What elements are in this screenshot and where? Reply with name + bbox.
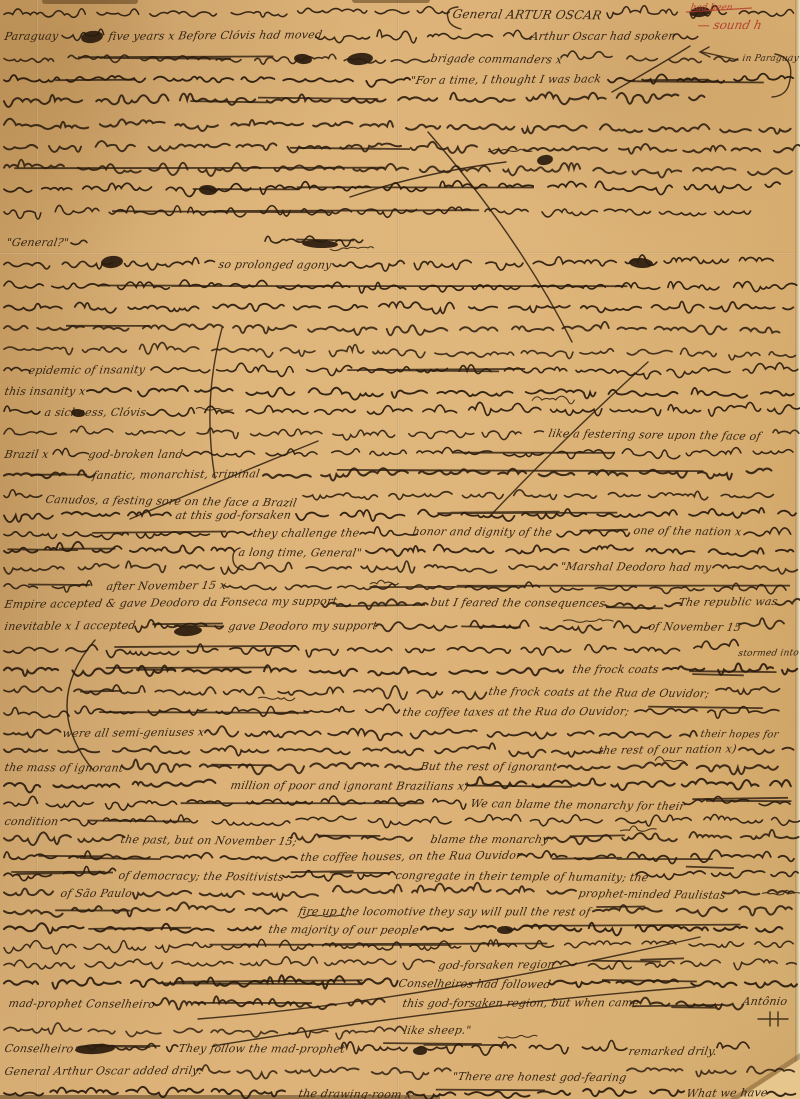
legible-phrase: prophet-minded Paulistas [577,887,727,902]
strikethrough-mark [467,786,572,787]
legible-phrase: Conselheiro [3,1042,74,1055]
legible-phrase: the mass of ignorant [3,761,125,775]
ink-blot [294,53,313,65]
insertion-scribble [655,757,686,763]
legible-phrase: million of poor and ignorant Brazilians … [229,779,469,793]
handwriting-line [4,141,800,154]
strikethrough-mark [436,1090,545,1091]
strikethrough-mark [78,56,273,58]
legible-phrase: brigade commanders x [429,52,564,66]
ink-blot [100,255,123,269]
edit-stroke [428,132,572,342]
strikethrough-mark [290,148,410,149]
legible-phrase: General ARTUR OSCAR [451,7,602,22]
legible-phrase: they challenge the [251,527,360,540]
ink-blot [536,154,553,167]
legible-phrase: a long time, General" [237,546,362,559]
strikethrough-mark [211,765,271,766]
insertion-scribble [330,247,374,251]
legible-phrase: General Arthur Oscar added drily: [3,1064,203,1078]
manuscript-ink-layer: General ARTUR OSCARParaguayfive years x … [0,0,800,1099]
edit-stroke [758,1012,788,1026]
ink-blot [199,184,218,196]
legible-phrase: like sheep." [402,1024,472,1037]
legible-phrase: What we have [686,1086,770,1099]
strikethrough-mark [437,512,617,514]
legible-phrase: Paraguay [3,30,61,43]
legible-phrase: the rest of our nation x) [598,742,738,757]
legible-phrase: the frock coats at the Rua de Ouvidor; [487,685,710,700]
legible-phrase: so prolonged agony [217,258,333,271]
legible-phrase: honor and dignity of the [411,525,553,539]
strikethrough-mark [209,944,547,946]
legible-phrase: condition [3,815,59,828]
legible-phrase: "There are honest god-fearing [451,1070,627,1084]
edit-stroke [67,640,95,770]
handwriting-line [4,301,793,313]
legible-phrase: like a festering sore upon the face of [547,427,763,443]
strikethrough-mark [97,286,627,287]
strikethrough-mark [80,691,122,692]
insertion-scribble [532,396,575,404]
legible-phrase: Brazil x [2,448,50,461]
handwriting-line [4,181,780,197]
legible-phrase: after November 15 x [106,579,228,593]
ink-blot [347,52,374,66]
legible-phrase: Arthur Oscar had spoken [528,30,676,43]
legible-phrase: of November 15 [647,620,742,634]
legible-phrase: Empire accepted & gave Deodoro da Fonsec… [3,595,339,611]
legible-phrase: remarked drily. [627,1045,718,1058]
handwriting-line [4,205,751,219]
legible-phrase: the drawing-room x [297,1087,413,1099]
handwriting-line [4,639,738,657]
legible-phrase: this insanity x [3,385,87,398]
legible-phrase: congregate in their temple of humanity; … [394,869,649,884]
legible-phrase: were all semi-geniuses x [62,726,206,740]
legible-phrase: "Marshal Deodoro had my [559,560,712,574]
legible-phrase: a sickness, Clóvis [43,406,147,419]
strikethrough-mark [193,187,534,189]
legible-phrase: the frock coats [571,663,660,676]
legible-phrase: Antônio [740,995,788,1008]
legible-phrase: their hopes for [699,729,780,740]
legible-phrase: the majority of our people [267,923,420,937]
legible-phrase: of democracy; the Positivists [117,869,285,884]
strikethrough-mark [87,821,190,822]
legible-phrase: god-forsaken region [438,958,556,972]
insertion-scribble [258,697,295,700]
legible-phrase: epidemic of insanity [27,363,146,377]
insertion-scribble [498,1035,537,1038]
strikethrough-mark [114,646,296,647]
insertion-scribble [370,580,399,584]
insertion-scribble [563,619,614,622]
legible-phrase: "General?" [5,236,69,249]
handwriting-line [4,542,793,556]
legible-phrase: gave Deodoro my support [227,619,378,633]
legible-phrase: inevitable x I accepted [4,619,137,633]
legible-phrase: one of the nation x [632,524,743,538]
handwriting-line [4,6,794,19]
legible-phrase: the coffee houses, on the Rua Ouvidor [300,849,524,864]
legible-phrase: We can blame the monarchy for their [469,797,686,813]
legible-phrase: god-broken land [87,448,184,461]
handwriting-line [87,386,794,400]
legible-phrase: stormed into [738,648,800,659]
legible-phrase: fire up the locomotive they say will pul… [296,905,593,918]
legible-phrase: in Paraguay [741,54,800,64]
handwriting-line [4,663,797,676]
handwriting-line [4,119,791,134]
strikethrough-mark [14,168,385,169]
handwriting-line [4,508,796,522]
legible-phrase: the past, but on November 15; [119,833,298,848]
ink-blot [80,30,103,45]
legible-phrase: fanatic, monarchist, criminal [91,467,262,482]
legible-phrase: But the rest of ignorant [418,760,558,773]
legible-phrase: They follow the mad-prophet [177,1042,346,1055]
legible-phrase: of São Paulo [59,887,133,900]
ink-blot [413,1047,427,1055]
legible-phrase: this god-forsaken region, but when came [401,996,640,1010]
handwriting-line [4,342,795,359]
handwriting-line [4,322,779,335]
legible-phrase: at this god-forsaken [174,509,292,522]
legible-phrase: The republic was [678,595,779,609]
ink-blot [75,1043,115,1055]
legible-phrase: five years x Before Clóvis had moved [107,28,324,43]
legible-phrase: Conselheiros had followed [397,977,552,991]
handwriting-line [4,939,793,954]
edit-stroke [700,47,738,60]
legible-phrase: but I feared the consequences [429,596,606,610]
red-annotation: — sound h [696,18,763,32]
legible-phrase: Canudos, a festing sore on the face a Br… [44,493,298,509]
legible-phrase: the coffee taxes at the Rua do Ouvidor; [401,705,630,719]
handwriting-line [4,92,704,107]
legible-phrase: mad-prophet Conselheiro [7,997,156,1011]
edit-stroke [612,46,690,92]
manuscript-page: General ARTUR OSCARParaguayfive years x … [0,0,800,1099]
legible-phrase: blame the monarchy [429,833,550,846]
legible-phrase: "For a time, I thought I was back [410,72,603,87]
insertion-scribble [620,826,657,831]
ink-blot [497,926,513,934]
